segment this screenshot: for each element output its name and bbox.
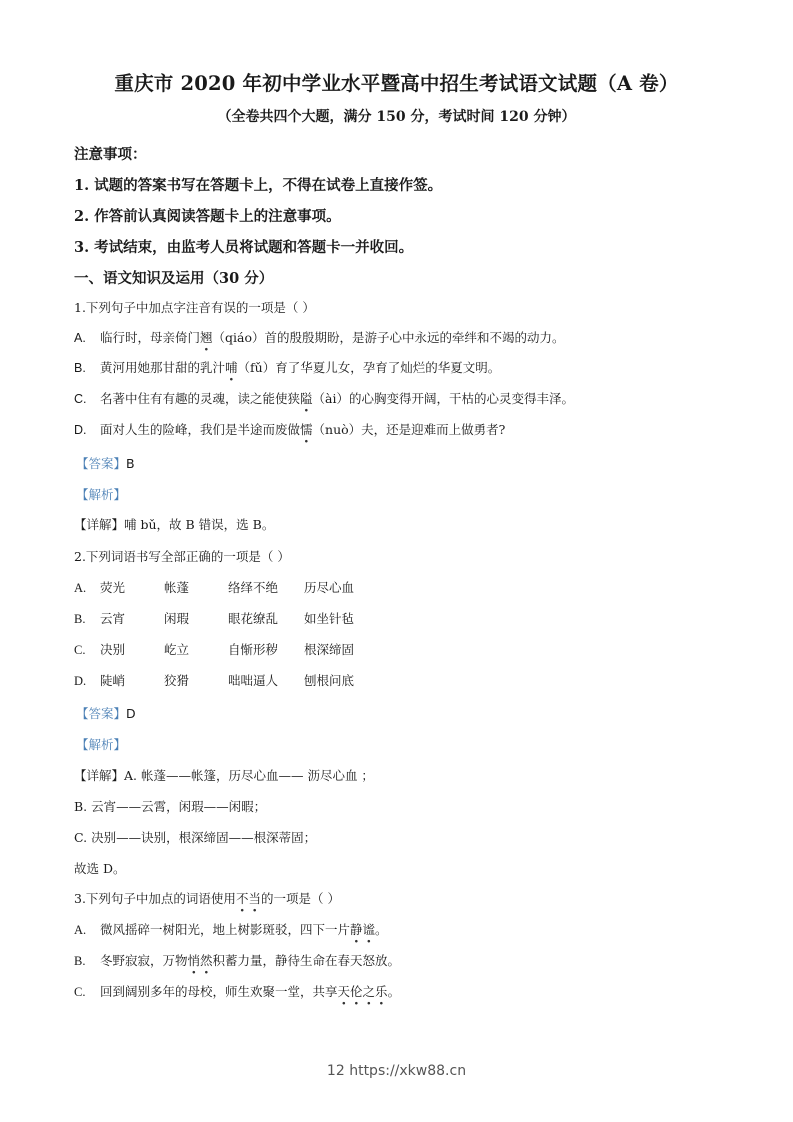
question-3-option-c: C. 回到阔别多年的母校，师生欢聚一堂，共享天伦之乐。: [74, 982, 400, 1000]
question-1-option-c: C. 名著中住有有趣的灵魂，读之能使狭隘（ài）的心胸变得开阔，干枯的心灵变得丰…: [74, 389, 574, 407]
word: 络绎不绝: [228, 578, 304, 596]
word: 狡猾: [164, 671, 228, 689]
notice-heading: 注意事项：: [74, 143, 147, 164]
answer-tag: 【答案】D: [76, 704, 136, 722]
option-label: A.: [74, 581, 96, 596]
dotted-char: 翘: [200, 330, 213, 345]
word: 如坐针毡: [304, 609, 368, 627]
option-label: C.: [74, 643, 96, 658]
detail-text: B. 云宵——云霄，闲瑕——闲暇；: [74, 797, 266, 815]
dotted-char: 静: [350, 922, 363, 937]
question-2-stem: 2.下列词语书写全部正确的一项是（ ）: [74, 547, 290, 565]
detail-text: 【详解】A. 帐蓬——帐篷，历尽心血—— 沥尽心血 ；: [74, 766, 374, 784]
document-title: 重庆市 2020 年初中学业水平暨高中招生考试语文试题（A 卷）: [0, 68, 793, 96]
dotted-char: 懦: [300, 422, 313, 437]
word: 自惭形秽: [228, 640, 304, 658]
detail-text: C. 决别——诀别，根深缔固——根深蒂固；: [74, 828, 316, 846]
dotted-char: 谧: [363, 922, 376, 937]
word: 刨根问底: [304, 671, 368, 689]
option-label: D.: [74, 674, 96, 689]
notice-item: 2. 作答前认真阅读答题卡上的注意事项。: [74, 205, 341, 226]
question-3-option-a: A. 微风摇碎一树阳光，地上树影斑驳，四下一片静谧。: [74, 920, 388, 938]
question-1-option-a: A. 临行时，母亲倚门翘（qiáo）首的殷殷期盼，是游子心中永远的牵绊和不竭的动…: [74, 328, 565, 346]
option-label: B.: [74, 612, 96, 627]
dotted-char: 当: [248, 891, 261, 906]
word: 闲瑕: [164, 609, 228, 627]
option-label: B.: [74, 361, 96, 375]
question-3-stem: 3.下列句子中加点的词语使用不当的一项是（ ）: [74, 889, 340, 907]
question-2-option-a: A. 荧光帐蓬络绎不绝历尽心血: [74, 578, 368, 596]
option-label: D.: [74, 423, 96, 437]
answer-tag: 【答案】B: [76, 454, 135, 472]
question-2-option-c: C. 决别屹立自惭形秽根深缔固: [74, 640, 368, 658]
analysis-tag: 【解析】: [76, 735, 126, 753]
footer-link[interactable]: https://xkw88.cn: [349, 1063, 466, 1079]
dotted-char: 乐: [375, 984, 388, 999]
notice-item: 3. 考试结束，由监考人员将试题和答题卡一并收回。: [74, 236, 413, 257]
word: 帐蓬: [164, 578, 228, 596]
answer-value: B: [126, 456, 135, 471]
option-label: A.: [74, 923, 96, 938]
question-1-stem: 1.下列句子中加点字注音有误的一项是（ ）: [74, 298, 315, 316]
question-2-option-b: B. 云宵闲瑕眼花缭乱如坐针毡: [74, 609, 368, 627]
word: 眼花缭乱: [228, 609, 304, 627]
document-page: 重庆市 2020 年初中学业水平暨高中招生考试语文试题（A 卷） （全卷共四个大…: [0, 0, 793, 1122]
word: 陡峭: [100, 671, 164, 689]
word: 历尽心血: [304, 578, 368, 596]
question-2-option-d: D. 陡峭狡猾咄咄逼人刨根问底: [74, 671, 368, 689]
dotted-char: 哺: [225, 360, 238, 375]
question-1-option-d: D. 面对人生的险峰，我们是半途而废做懦（nuò）夫，还是迎难而上做勇者?: [74, 420, 505, 438]
word: 屹立: [164, 640, 228, 658]
option-label: C.: [74, 985, 96, 1000]
detail-text: 【详解】哺 bǔ，故 B 错误，选 B。: [74, 515, 274, 533]
option-label: C.: [74, 392, 96, 406]
dotted-char: 不: [236, 891, 249, 906]
dotted-char: 隘: [300, 391, 313, 406]
detail-text: 故选 D。: [74, 859, 126, 877]
word: 云宵: [100, 609, 164, 627]
notice-item: 1. 试题的答案书写在答题卡上，不得在试卷上直接作签。: [74, 174, 442, 195]
section-heading: 一、语文知识及运用（30 分）: [74, 267, 273, 288]
question-3-option-b: B. 冬野寂寂，万物悄然积蓄力量，静待生命在春天怒放。: [74, 951, 400, 969]
word: 决别: [100, 640, 164, 658]
dotted-char: 然: [200, 953, 213, 968]
option-label: B.: [74, 954, 96, 969]
analysis-tag: 【解析】: [76, 485, 126, 503]
option-label: A.: [74, 331, 96, 345]
answer-value: D: [126, 706, 136, 721]
dotted-char: 悄: [188, 953, 201, 968]
dotted-char: 伦: [350, 984, 363, 999]
dotted-char: 之: [363, 984, 376, 999]
page-footer: 12 https://xkw88.cn: [0, 1063, 793, 1079]
document-subtitle: （全卷共四个大题，满分 150 分，考试时间 120 分钟）: [0, 106, 793, 126]
word: 根深缔固: [304, 640, 368, 658]
page-number: 12: [327, 1063, 345, 1079]
dotted-char: 天: [338, 984, 351, 999]
word: 咄咄逼人: [228, 671, 304, 689]
question-1-option-b: B. 黄河用她那甘甜的乳汁哺（fǔ）育了华夏儿女，孕育了灿烂的华夏文明。: [74, 358, 500, 376]
word: 荧光: [100, 578, 164, 596]
